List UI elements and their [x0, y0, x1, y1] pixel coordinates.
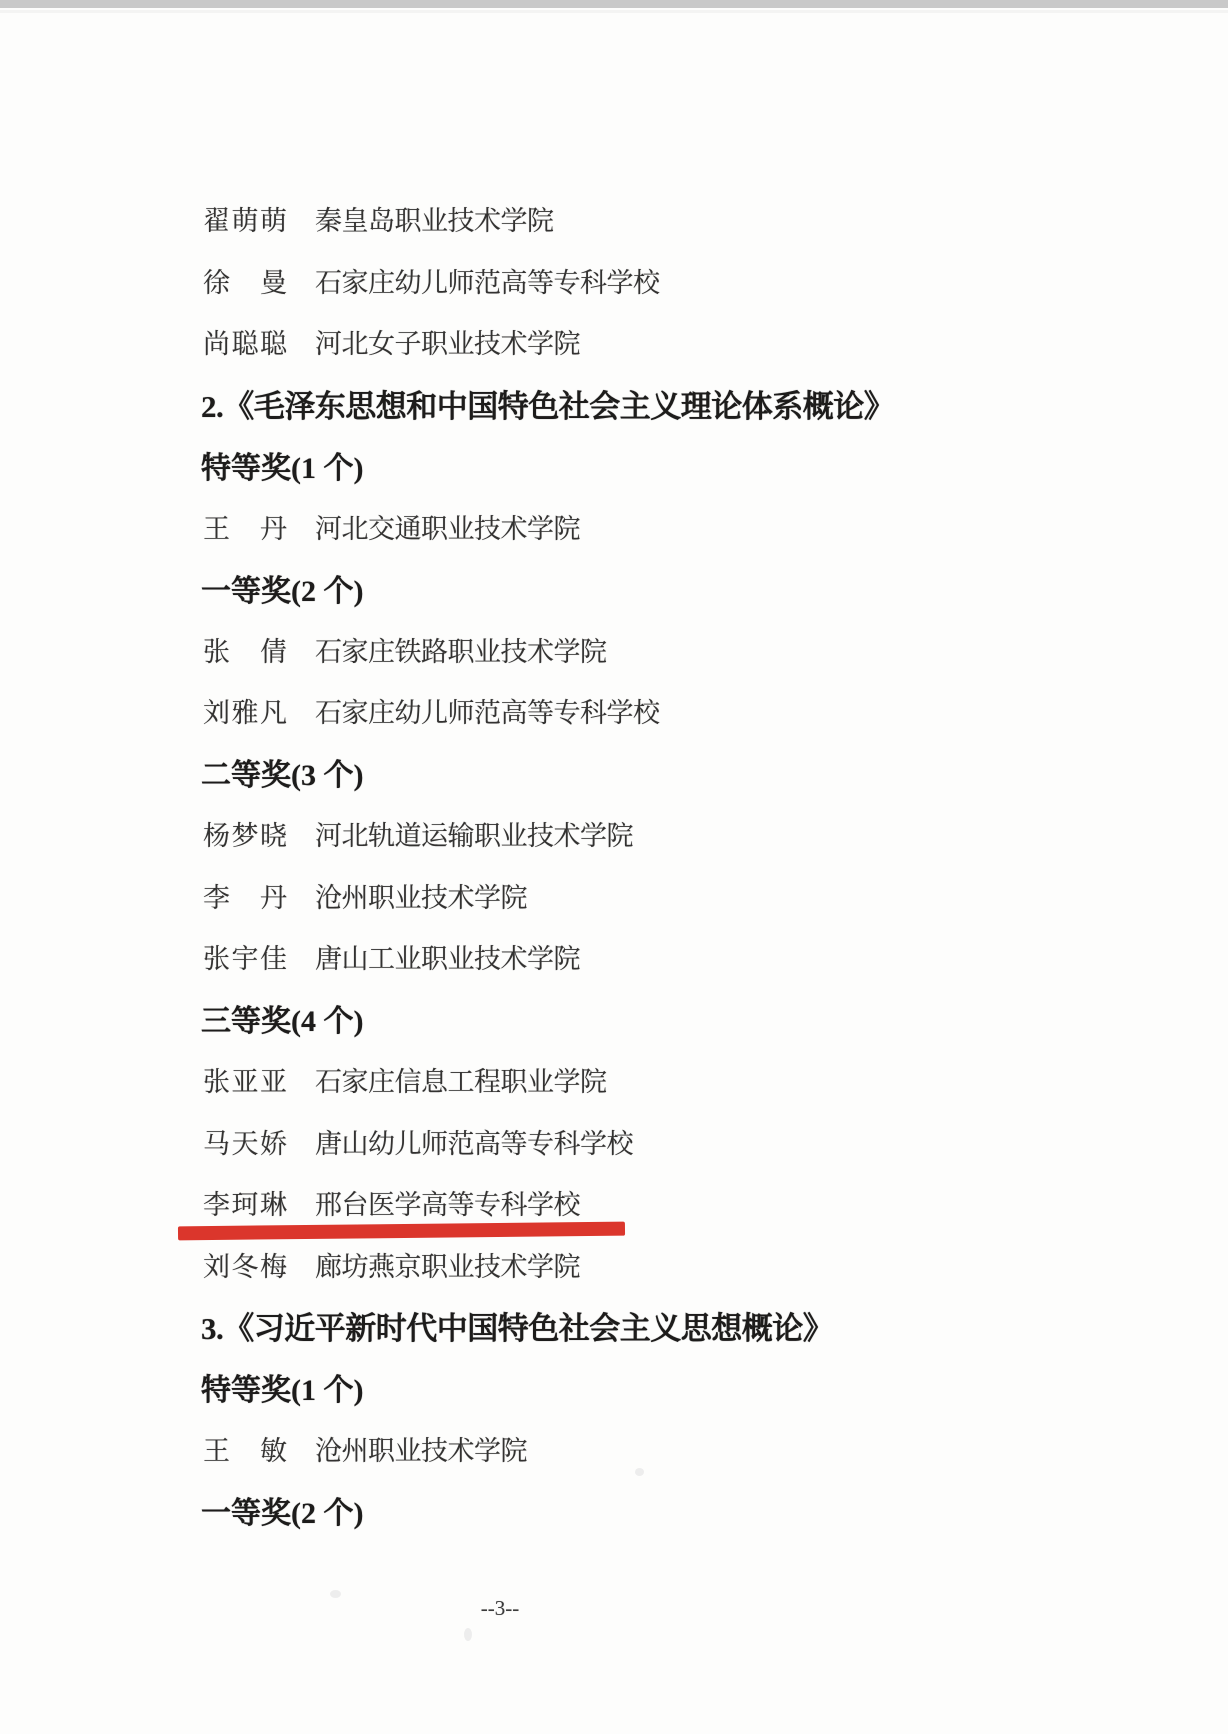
- awardee-name: 李珂琳: [203, 1183, 287, 1222]
- awardee-name: 李丹: [203, 876, 287, 915]
- entry-row: 李丹沧州职业技术学院: [0, 865, 1228, 927]
- award-level-heading: 二等奖(3 个): [0, 742, 1228, 804]
- scanned-document-page: 翟萌萌秦皇岛职业技术学院徐曼石家庄幼儿师范高等专科学校尚聪聪河北女子职业技术学院…: [0, 0, 1228, 1734]
- award-list: 翟萌萌秦皇岛职业技术学院徐曼石家庄幼儿师范高等专科学校尚聪聪河北女子职业技术学院…: [0, 188, 1228, 1541]
- school-name: 沧州职业技术学院: [315, 1429, 527, 1468]
- school-name: 沧州职业技术学院: [315, 876, 527, 915]
- awardee-name: 杨梦晓: [203, 814, 287, 853]
- school-name: 唐山工业职业技术学院: [315, 937, 580, 976]
- school-name: 石家庄信息工程职业学院: [315, 1060, 607, 1099]
- awardee-name: 刘冬梅: [203, 1245, 287, 1284]
- entry-row: 徐曼石家庄幼儿师范高等专科学校: [0, 250, 1228, 312]
- entry-row: 翟萌萌秦皇岛职业技术学院: [0, 188, 1228, 250]
- awardee-name: 徐曼: [203, 261, 287, 300]
- award-level-heading: 特等奖(1 个): [0, 1357, 1228, 1419]
- school-name: 河北交通职业技术学院: [315, 507, 580, 546]
- award-level-heading: 特等奖(1 个): [0, 434, 1228, 496]
- awardee-name: 张亚亚: [203, 1060, 287, 1099]
- awardee-name: 尚聪聪: [203, 322, 287, 361]
- entry-row: 张亚亚石家庄信息工程职业学院: [0, 1049, 1228, 1111]
- entry-row: 马天娇唐山幼儿师范高等专科学校: [0, 1111, 1228, 1173]
- entry-row: 张倩石家庄铁路职业技术学院: [0, 619, 1228, 681]
- school-name: 唐山幼儿师范高等专科学校: [315, 1122, 633, 1161]
- entry-row: 刘冬梅廊坊燕京职业技术学院: [0, 1234, 1228, 1296]
- course-heading: 3.《习近平新时代中国特色社会主义思想概论》: [0, 1295, 1228, 1357]
- awardee-name: 翟萌萌: [203, 199, 287, 238]
- scan-speck: [464, 1628, 472, 1641]
- awardee-name: 马天娇: [203, 1122, 287, 1161]
- school-name: 秦皇岛职业技术学院: [315, 199, 554, 238]
- awardee-name: 王敏: [203, 1429, 287, 1468]
- scan-speck: [635, 1468, 644, 1476]
- school-name: 河北女子职业技术学院: [315, 322, 580, 361]
- entry-row: 刘雅凡石家庄幼儿师范高等专科学校: [0, 680, 1228, 742]
- scan-speck: [330, 1590, 341, 1598]
- entry-row: 王敏沧州职业技术学院: [0, 1418, 1228, 1480]
- awardee-name: 张倩: [203, 630, 287, 669]
- school-name: 石家庄幼儿师范高等专科学校: [315, 261, 660, 300]
- page-number: --3--: [0, 1596, 1000, 1621]
- school-name: 石家庄幼儿师范高等专科学校: [315, 691, 660, 730]
- school-name: 石家庄铁路职业技术学院: [315, 630, 607, 669]
- school-name: 邢台医学高等专科学校: [315, 1183, 580, 1222]
- entry-row: 王丹河北交通职业技术学院: [0, 496, 1228, 558]
- entry-row: 张宇佳唐山工业职业技术学院: [0, 926, 1228, 988]
- award-level-heading: 三等奖(4 个): [0, 988, 1228, 1050]
- award-level-heading: 一等奖(2 个): [0, 1480, 1228, 1542]
- school-name: 廊坊燕京职业技术学院: [315, 1245, 580, 1284]
- school-name: 河北轨道运输职业技术学院: [315, 814, 633, 853]
- scan-edge-band-soft: [0, 10, 1228, 13]
- award-level-heading: 一等奖(2 个): [0, 557, 1228, 619]
- awardee-name: 张宇佳: [203, 937, 287, 976]
- entry-row: 李珂琳邢台医学高等专科学校: [0, 1172, 1228, 1234]
- course-heading: 2.《毛泽东思想和中国特色社会主义理论体系概论》: [0, 373, 1228, 435]
- awardee-name: 王丹: [203, 507, 287, 546]
- scan-edge-band: [0, 0, 1228, 8]
- awardee-name: 刘雅凡: [203, 691, 287, 730]
- entry-row: 杨梦晓河北轨道运输职业技术学院: [0, 803, 1228, 865]
- entry-row: 尚聪聪河北女子职业技术学院: [0, 311, 1228, 373]
